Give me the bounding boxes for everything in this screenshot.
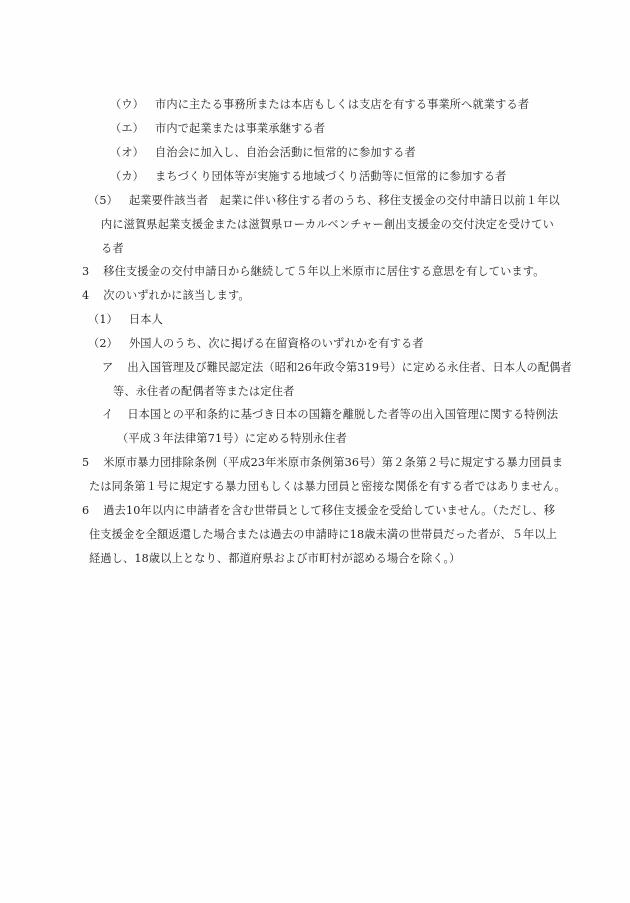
item-label: イ: [102, 408, 113, 422]
section-text: 次のいずれかに該当します。: [103, 289, 250, 302]
item-text: 市内で起業または事業承継する者: [155, 122, 325, 135]
list-item-5: （5）起業要件該当者 起業に伴い移住する者のうち、移住支援金の交付申請日以前１年…: [88, 194, 560, 208]
section-text: 住支援金を全額返還した場合または過去の申請時に18歳未満の世帯員だった者が、５年…: [89, 528, 557, 541]
section-3: 3移住支援金の交付申請日から継続して５年以上米原市に居住する意思を有しています。: [82, 265, 545, 279]
section-6-continued: 経過し、18歳以上となり、都道府県および市町村が認める場合を除く。）: [89, 552, 461, 566]
section-number: 4: [82, 289, 89, 303]
list-item-5-continued: る者: [101, 242, 124, 256]
section-5-continued: たは同条第１号に規定する暴力団もしくは暴力団員と密接な関係を有する者ではありませ…: [89, 480, 566, 494]
list-item-i-continued: （平成３年法律第71号）に定める特別永住者: [117, 432, 347, 446]
section-text: 過去10年以内に申請者を含む世帯員として移住支援金を受給していません。（ただし、…: [103, 504, 555, 517]
item-text: まちづくり団体等が実施する地域づくり活動等に恒常的に参加する者: [155, 170, 506, 183]
item-text: る者: [101, 242, 124, 255]
section-number: 5: [82, 456, 89, 470]
item-text: 日本国との平和条約に基づき日本の国籍を離脱した者等の出入国管理に関する特例法: [127, 408, 558, 421]
item-text: 出入国管理及び難民認定法（昭和26年政令第319号）に定める永住者、日本人の配偶…: [127, 361, 572, 374]
list-item-a-continued: 等、永住者の配偶者等または定住者: [113, 385, 294, 399]
item-text: 日本人: [129, 313, 163, 326]
item-text: （平成３年法律第71号）に定める特別永住者: [117, 432, 347, 445]
item-label: （カ）: [110, 170, 144, 184]
section-text: 米原市暴力団排除条例（平成23年米原市条例第36号）第２条第２号に規定する暴力団…: [103, 456, 563, 469]
item-label: （オ）: [110, 146, 144, 160]
list-item-o: （オ）自治会に加入し、自治会活動に恒常的に参加する者: [110, 146, 416, 160]
section-number: 6: [82, 504, 89, 518]
item-text: 外国人のうち、次に掲げる在留資格のいずれかを有する者: [129, 337, 424, 350]
list-item-u: （ウ）市内に主たる事務所または本店もしくは支店を有する事業所へ就業する者: [110, 98, 529, 112]
document-page: （ウ）市内に主たる事務所または本店もしくは支店を有する事業所へ就業する者 （エ）…: [0, 0, 630, 903]
section-6-continued: 住支援金を全額返還した場合または過去の申請時に18歳未満の世帯員だった者が、５年…: [89, 528, 557, 542]
list-item-4-2: （2）外国人のうち、次に掲げる在留資格のいずれかを有する者: [88, 337, 424, 351]
item-label: （2）: [88, 337, 118, 351]
list-item-e: （エ）市内で起業または事業承継する者: [110, 122, 325, 136]
list-item-4-1: （1）日本人: [88, 313, 163, 327]
section-5: 5米原市暴力団排除条例（平成23年米原市条例第36号）第２条第２号に規定する暴力…: [82, 456, 563, 470]
item-text: 市内に主たる事務所または本店もしくは支店を有する事業所へ就業する者: [155, 98, 529, 111]
item-label: （5）: [88, 194, 118, 208]
item-text: 起業要件該当者 起業に伴い移住する者のうち、移住支援金の交付申請日以前１年以: [129, 194, 560, 207]
item-label: （1）: [88, 313, 118, 327]
section-text: たは同条第１号に規定する暴力団もしくは暴力団員と密接な関係を有する者ではありませ…: [89, 480, 566, 493]
item-label: （エ）: [110, 122, 144, 136]
item-text: 内に滋賀県起業支援金または滋賀県ローカルベンチャー創出支援金の交付決定を受けてい: [101, 218, 554, 231]
section-6: 6過去10年以内に申請者を含む世帯員として移住支援金を受給していません。（ただし…: [82, 504, 555, 518]
section-4: 4次のいずれかに該当します。: [82, 289, 250, 303]
item-label: ア: [102, 361, 113, 375]
section-text: 経過し、18歳以上となり、都道府県および市町村が認める場合を除く。）: [89, 552, 461, 565]
item-label: （ウ）: [110, 98, 144, 112]
list-item-a: ア出入国管理及び難民認定法（昭和26年政令第319号）に定める永住者、日本人の配…: [102, 361, 572, 375]
item-text: 自治会に加入し、自治会活動に恒常的に参加する者: [155, 146, 416, 159]
list-item-5-continued: 内に滋賀県起業支援金または滋賀県ローカルベンチャー創出支援金の交付決定を受けてい: [101, 218, 554, 232]
section-number: 3: [82, 265, 89, 279]
item-text: 等、永住者の配偶者等または定住者: [113, 385, 294, 398]
section-text: 移住支援金の交付申請日から継続して５年以上米原市に居住する意思を有しています。: [103, 265, 544, 278]
list-item-ka: （カ）まちづくり団体等が実施する地域づくり活動等に恒常的に参加する者: [110, 170, 506, 184]
list-item-i: イ日本国との平和条約に基づき日本の国籍を離脱した者等の出入国管理に関する特例法: [102, 408, 558, 422]
